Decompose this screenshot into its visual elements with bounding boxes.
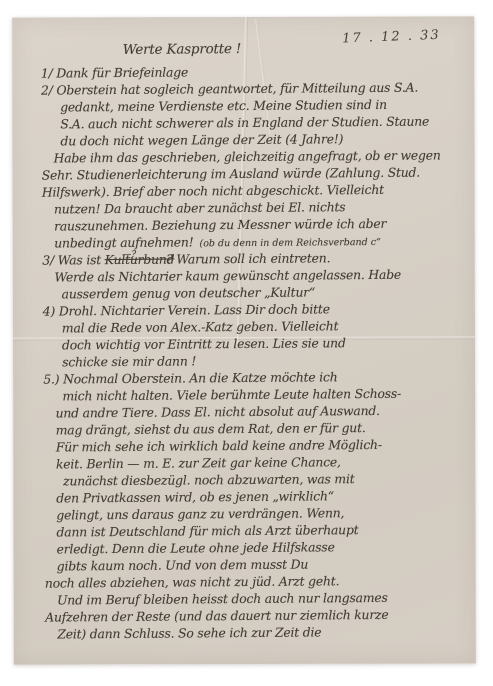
scanned-letter-photo: { "colors": { "paper": "#d7d0c6", "ink":… — [0, 0, 493, 686]
item3-insertion: —? — [122, 250, 136, 260]
letter-body: Werte Kasprotte ! 1/ Dank für Briefeinla… — [11, 39, 478, 643]
item3-struck-word: Kulturbund — [105, 252, 175, 268]
letter-line: S.A. auch nicht schwerer als in England … — [60, 112, 473, 132]
letter-line: Zeit) dann Schluss. So sehe ich zur Zeit… — [57, 622, 477, 642]
letter-line: 2/ Oberstein hat sogleich geantwortet, f… — [41, 78, 473, 98]
item3-prefix: 3/ Was ist — [42, 252, 105, 267]
letter-line-text: unbedingt aufnehmen! — [54, 234, 193, 250]
item3-suffix: ? Warum soll ich eintreten. — [166, 250, 330, 266]
letter-line: Sehr. Studienerleichterung im Ausland wü… — [42, 163, 474, 183]
interline-note: (ob du denn in dem Reichsverband c“ — [199, 237, 381, 249]
letter-salutation: Werte Kasprotte ! — [123, 39, 473, 59]
letter-paper: 17 . 12 . 33 Werte Kasprotte ! 1/ Dank f… — [12, 16, 476, 664]
